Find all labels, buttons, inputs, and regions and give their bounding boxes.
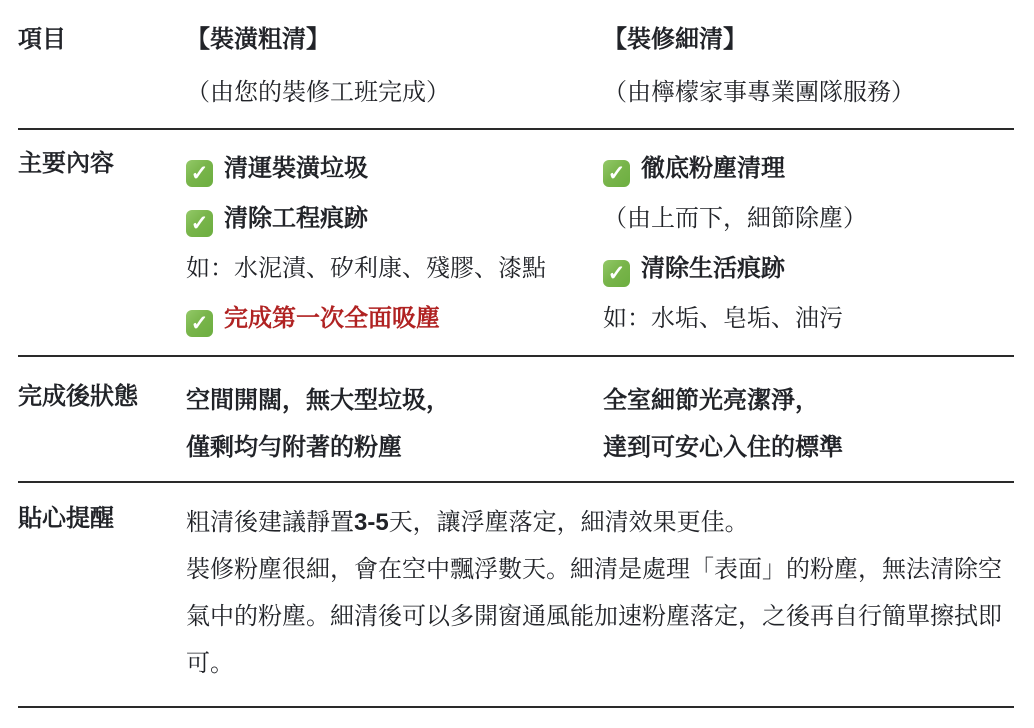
check-icon: ✓ bbox=[186, 310, 213, 337]
list-item: ✓徹底粉塵清理 bbox=[603, 144, 1014, 194]
reminder-days-bold: 3-5 bbox=[354, 509, 389, 536]
list-item: ✓清除生活痕跡 bbox=[603, 244, 1014, 294]
check-icon: ✓ bbox=[603, 160, 630, 187]
list-item-label: 清除工程痕跡 bbox=[224, 205, 368, 232]
rough-clean-state: 空間開闊，無大型垃圾， 僅剩均勻附著的粉塵 bbox=[186, 377, 603, 481]
table-row-main-content: 主要內容 ✓清運裝潢垃圾 ✓清除工程痕跡 如：水泥漬、矽利康、殘膠、漆點 ✓完成… bbox=[18, 130, 1014, 357]
list-item-detail: 如：水垢、皂垢、油污 bbox=[603, 294, 1014, 344]
reminder-paragraph: 裝修粉塵很細，會在空中飄浮數天。細清是處理「表面」的粉塵，無法清除空氣中的粉塵。… bbox=[186, 546, 1014, 687]
list-item: ✓清除工程痕跡 bbox=[186, 194, 603, 244]
row-label-item: 項目 bbox=[18, 13, 186, 128]
rough-clean-subtitle: （由您的裝修工班完成） bbox=[186, 66, 603, 119]
fine-clean-title: 【裝修細清】 bbox=[603, 13, 1014, 66]
list-item-label: （由上而下，細節除塵） bbox=[603, 205, 867, 232]
fine-clean-subtitle: （由檸檬家事專業團隊服務） bbox=[603, 66, 1014, 119]
rough-clean-header: 【裝潢粗清】 （由您的裝修工班完成） bbox=[186, 13, 603, 128]
check-icon: ✓ bbox=[186, 160, 213, 187]
list-item-label: 清運裝潢垃圾 bbox=[224, 155, 368, 182]
rough-clean-items: ✓清運裝潢垃圾 ✓清除工程痕跡 如：水泥漬、矽利康、殘膠、漆點 ✓完成第一次全面… bbox=[186, 144, 603, 355]
list-item-detail: （由上而下，細節除塵） bbox=[603, 194, 1014, 244]
reminder-text: 粗清後建議靜置3-5天，讓浮塵落定，細清效果更佳。 裝修粉塵很細，會在空中飄浮數… bbox=[186, 499, 1014, 706]
reminder-line-1: 粗清後建議靜置3-5天，讓浮塵落定，細清效果更佳。 bbox=[186, 499, 1014, 546]
list-item-detail: 如：水泥漬、矽利康、殘膠、漆點 bbox=[186, 244, 603, 294]
list-item-label: 如：水垢、皂垢、油污 bbox=[603, 305, 843, 332]
state-line: 達到可安心入住的標準 bbox=[603, 424, 1014, 471]
state-line: 僅剩均勻附著的粉塵 bbox=[186, 424, 603, 471]
fine-clean-state: 全室細節光亮潔淨， 達到可安心入住的標準 bbox=[603, 377, 1014, 481]
row-label-finished-state: 完成後狀態 bbox=[18, 377, 186, 481]
row-label-main-content: 主要內容 bbox=[18, 144, 186, 355]
list-item-label: 如：水泥漬、矽利康、殘膠、漆點 bbox=[186, 255, 546, 282]
check-icon: ✓ bbox=[603, 260, 630, 287]
state-line: 空間開闊，無大型垃圾， bbox=[186, 377, 603, 424]
check-icon: ✓ bbox=[186, 210, 213, 237]
table-row-reminder: 貼心提醒 粗清後建議靜置3-5天，讓浮塵落定，細清效果更佳。 裝修粉塵很細，會在… bbox=[18, 483, 1014, 708]
table-row-header: 項目 【裝潢粗清】 （由您的裝修工班完成） 【裝修細清】 （由檸檬家事專業團隊服… bbox=[18, 0, 1014, 130]
row-label-reminder: 貼心提醒 bbox=[18, 499, 186, 706]
fine-clean-header: 【裝修細清】 （由檸檬家事專業團隊服務） bbox=[603, 13, 1014, 128]
list-item: ✓清運裝潢垃圾 bbox=[186, 144, 603, 194]
list-item-label: 徹底粉塵清理 bbox=[641, 155, 785, 182]
fine-clean-items: ✓徹底粉塵清理 （由上而下，細節除塵） ✓清除生活痕跡 如：水垢、皂垢、油污 bbox=[603, 144, 1014, 355]
state-line: 全室細節光亮潔淨， bbox=[603, 377, 1014, 424]
rough-clean-title: 【裝潢粗清】 bbox=[186, 13, 603, 66]
list-item-label: 清除生活痕跡 bbox=[641, 255, 785, 282]
table-row-finished-state: 完成後狀態 空間開闊，無大型垃圾， 僅剩均勻附著的粉塵 全室細節光亮潔淨， 達到… bbox=[18, 357, 1014, 483]
comparison-table: 項目 【裝潢粗清】 （由您的裝修工班完成） 【裝修細清】 （由檸檬家事專業團隊服… bbox=[0, 0, 1034, 708]
list-item-label: 完成第一次全面吸塵 bbox=[224, 305, 440, 332]
list-item-highlighted: ✓完成第一次全面吸塵 bbox=[186, 294, 603, 344]
